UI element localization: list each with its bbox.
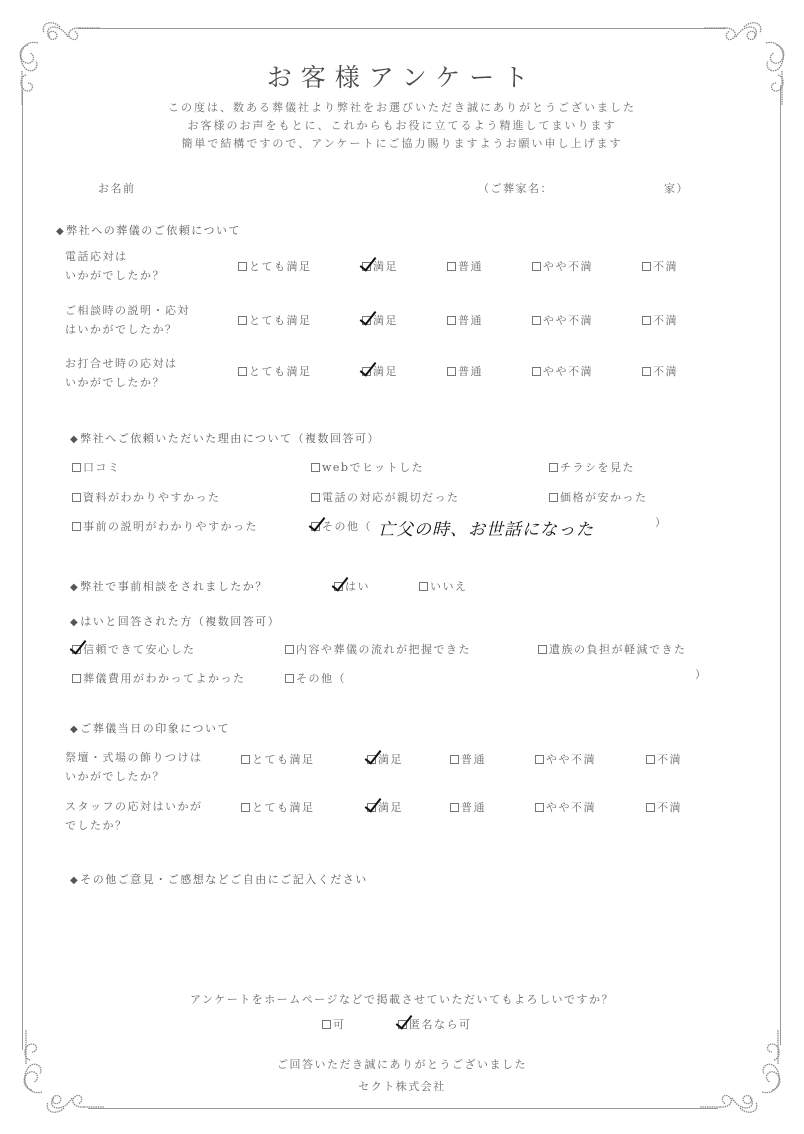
reason-materials[interactable]: 資料がわかりやすかった	[72, 489, 221, 505]
name-field[interactable]	[150, 172, 400, 196]
question-text: ご相談時の説明・応対	[65, 301, 190, 320]
checkbox[interactable]	[447, 262, 456, 271]
reason-web[interactable]: webでヒットした	[311, 459, 424, 475]
checkbox[interactable]	[238, 316, 247, 325]
checkbox[interactable]	[72, 522, 81, 531]
checkbox[interactable]	[549, 493, 558, 502]
option-somewhat-dissatisfied[interactable]: やや不満	[535, 751, 596, 767]
option-very-satisfied[interactable]: とても満足	[241, 799, 315, 815]
question-text: いかがでしたか？	[65, 266, 165, 285]
option-neutral[interactable]: 普通	[450, 751, 486, 767]
option-very-satisfied[interactable]: とても満足	[241, 751, 315, 767]
checkbox[interactable]	[72, 674, 81, 683]
family-name-suffix: 家）	[664, 180, 689, 196]
reason-other[interactable]: その他（	[311, 518, 372, 534]
checkbox[interactable]	[450, 803, 459, 812]
question-text: 電話応対は	[65, 247, 165, 266]
section5-heading: ご葬儀当日の印象について	[70, 720, 230, 736]
option-neutral[interactable]: 普通	[447, 258, 483, 274]
section3-heading: 弊社で事前相談をされましたか？	[70, 578, 268, 594]
option-dissatisfied[interactable]: 不満	[646, 751, 682, 767]
option-very-satisfied[interactable]: とても満足	[238, 312, 312, 328]
checkbox[interactable]	[72, 493, 81, 502]
question-text: いかがでしたか？	[65, 767, 203, 786]
checkbox[interactable]	[72, 463, 81, 472]
benefit-cost-clear[interactable]: 葬儀費用がわかってよかった	[72, 670, 246, 686]
reason-flyer[interactable]: チラシを見た	[549, 459, 635, 475]
question-text: スタッフの応対はいかが	[65, 797, 203, 816]
comment-area[interactable]	[70, 892, 730, 982]
question-text: いかがでしたか？	[65, 373, 178, 392]
corner-ornament-bottom-left-icon	[14, 1030, 104, 1120]
publish-question: アンケートをホームページなどで掲載させていただいてもよろしいですか？	[0, 991, 804, 1007]
checkbox-checked[interactable]	[334, 582, 343, 591]
option-somewhat-dissatisfied[interactable]: やや不満	[535, 799, 596, 815]
checkbox[interactable]	[450, 755, 459, 764]
frame-top-border	[78, 28, 726, 29]
pre-consult-no[interactable]: いいえ	[419, 578, 468, 594]
option-very-satisfied[interactable]: とても満足	[238, 258, 312, 274]
intro-line-1: この度は、数ある葬儀社より弊社をお選びいただき誠にありがとうございました	[0, 99, 804, 115]
checkbox-checked[interactable]	[398, 1020, 407, 1029]
checkbox[interactable]	[238, 367, 247, 376]
checkbox[interactable]	[447, 316, 456, 325]
reason-explanation[interactable]: 事前の説明がわかりやすかった	[72, 518, 258, 534]
checkbox[interactable]	[535, 803, 544, 812]
reason-price[interactable]: 価格が安かった	[549, 489, 648, 505]
option-satisfied[interactable]: 満足	[362, 258, 398, 274]
benefit-other-text[interactable]	[350, 664, 690, 684]
checkbox-checked[interactable]	[72, 645, 81, 654]
close-paren: ）	[655, 514, 668, 530]
checkbox[interactable]	[322, 1020, 331, 1029]
section4-heading: はいと回答された方（複数回答可）	[70, 613, 280, 629]
checkbox[interactable]	[241, 803, 250, 812]
section2-heading: 弊社へご依頼いただいた理由について（複数回答可）	[70, 430, 380, 446]
checkbox[interactable]	[419, 582, 428, 591]
checkbox-checked[interactable]	[367, 755, 376, 764]
option-dissatisfied[interactable]: 不満	[646, 799, 682, 815]
close-paren: ）	[695, 666, 708, 682]
checkbox[interactable]	[532, 316, 541, 325]
publish-anonymous[interactable]: 匿名なら可	[398, 1016, 472, 1032]
checkbox[interactable]	[285, 645, 294, 654]
checkbox[interactable]	[646, 803, 655, 812]
option-dissatisfied[interactable]: 不満	[642, 312, 678, 328]
option-satisfied[interactable]: 満足	[362, 312, 398, 328]
checkbox-checked[interactable]	[367, 803, 376, 812]
benefit-other[interactable]: その他（	[285, 670, 346, 686]
reason-phone[interactable]: 電話の対応が親切だった	[311, 489, 460, 505]
frame-left-border	[22, 90, 23, 1050]
frame-right-border	[780, 85, 781, 1045]
option-neutral[interactable]: 普通	[447, 363, 483, 379]
checkbox[interactable]	[311, 493, 320, 502]
question-text: お打合せ時の応対は	[65, 354, 178, 373]
family-name-field[interactable]	[560, 172, 660, 196]
option-neutral[interactable]: 普通	[447, 312, 483, 328]
option-satisfied[interactable]: 満足	[362, 363, 398, 379]
checkbox[interactable]	[241, 755, 250, 764]
checkbox[interactable]	[238, 262, 247, 271]
checkbox-checked[interactable]	[362, 316, 371, 325]
publish-ok[interactable]: 可	[322, 1016, 346, 1032]
checkbox[interactable]	[642, 316, 651, 325]
frame-bottom-border	[88, 1108, 718, 1109]
option-dissatisfied[interactable]: 不満	[642, 363, 678, 379]
section1-heading: 弊社への葬儀のご依頼について	[56, 222, 241, 238]
question-text: はいかがでしたか？	[65, 320, 190, 339]
checkbox-checked[interactable]	[362, 367, 371, 376]
option-dissatisfied[interactable]: 不満	[642, 258, 678, 274]
intro-line-2: お客様のお声をもとに、これからもお役に立てるよう精進してまいります	[0, 117, 804, 133]
checkbox-checked[interactable]	[311, 522, 320, 531]
option-satisfied[interactable]: 満足	[367, 799, 403, 815]
checkbox[interactable]	[285, 674, 294, 683]
checkbox[interactable]	[532, 367, 541, 376]
option-neutral[interactable]: 普通	[450, 799, 486, 815]
checkbox[interactable]	[535, 755, 544, 764]
option-somewhat-dissatisfied[interactable]: やや不満	[532, 363, 593, 379]
question-text: 祭壇・式場の飾りつけは	[65, 748, 203, 767]
checkbox[interactable]	[642, 262, 651, 271]
checkbox[interactable]	[538, 645, 547, 654]
page-title: お客様アンケート	[0, 58, 804, 94]
benefit-understood-flow[interactable]: 内容や葬儀の流れが把握できた	[285, 641, 471, 657]
section6-heading: その他ご意見・ご感想などご自由にご記入ください	[70, 871, 368, 887]
company-name: セクト株式会社	[0, 1078, 804, 1094]
option-somewhat-dissatisfied[interactable]: やや不満	[532, 258, 593, 274]
reason-other-text[interactable]: 亡父の時、お世話になった	[378, 515, 594, 540]
checkbox[interactable]	[532, 262, 541, 271]
checkbox[interactable]	[642, 367, 651, 376]
corner-ornament-bottom-right-icon	[700, 1030, 790, 1120]
checkbox[interactable]	[646, 755, 655, 764]
checkbox[interactable]	[447, 367, 456, 376]
thanks-text: ご回答いただき誠にありがとうございました	[0, 1056, 804, 1072]
name-label: お名前	[98, 180, 136, 196]
option-very-satisfied[interactable]: とても満足	[238, 363, 312, 379]
option-somewhat-dissatisfied[interactable]: やや不満	[532, 312, 593, 328]
option-satisfied[interactable]: 満足	[367, 751, 403, 767]
checkbox[interactable]	[549, 463, 558, 472]
benefit-trust[interactable]: 信頼できて安心した	[72, 641, 196, 657]
intro-line-3: 簡単で結構ですので、アンケートにご協力賜りますようお願い申し上げます	[0, 135, 804, 151]
checkbox-checked[interactable]	[362, 262, 371, 271]
family-name-label: （ご葬家名：	[478, 180, 553, 196]
checkbox[interactable]	[311, 463, 320, 472]
pre-consult-yes[interactable]: はい	[334, 578, 370, 594]
benefit-reduced-burden[interactable]: 遺族の負担が軽減できた	[538, 641, 687, 657]
reason-word-of-mouth[interactable]: 口コミ	[72, 459, 121, 475]
question-text: でしたか？	[65, 816, 203, 835]
